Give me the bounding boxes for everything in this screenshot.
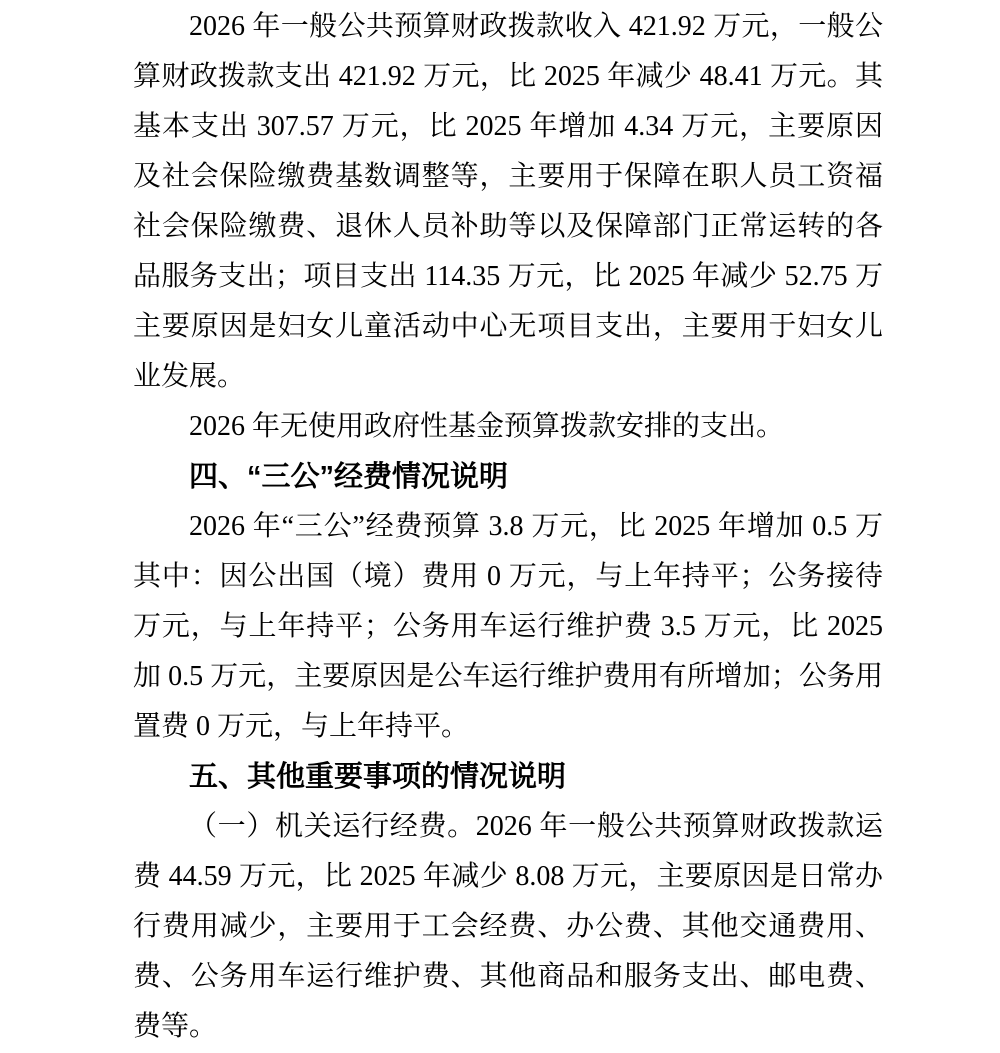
heading-line: 五、其他重要事项的情况说明 (133, 752, 883, 802)
text-line: 业发展。 (133, 352, 883, 402)
text-line: 费等。 (133, 1002, 883, 1052)
heading-section-five: 五、其他重要事项的情况说明 (133, 752, 883, 802)
text-line: 加 0.5 万元，主要原因是公车运行维护费用有所增加；公务用车购 (133, 652, 883, 702)
text-line: 品服务支出；项目支出 114.35 万元，比 2025 年减少 52.75 万元… (133, 252, 883, 302)
text-line: 基本支出 307.57 万元，比 2025 年增加 4.34 万元，主要原因是工… (133, 102, 883, 152)
text-line: 2026 年一般公共预算财政拨款收入 421.92 万元，一般公共预 (133, 2, 883, 52)
text-line: （一）机关运行经费。2026 年一般公共预算财政拨款运行经 (133, 802, 883, 852)
para-general-public-budget: 2026 年一般公共预算财政拨款收入 421.92 万元，一般公共预算财政拨款支… (133, 2, 883, 402)
document-page: 2026 年一般公共预算财政拨款收入 421.92 万元，一般公共预算财政拨款支… (0, 0, 1000, 1053)
text-line: 行费用减少，主要用于工会经费、办公费、其他交通费用、劳务 (133, 902, 883, 952)
text-line: 其中：因公出国（境）费用 0 万元，与上年持平；公务接待费 0.3 (133, 552, 883, 602)
text-line: 2026 年无使用政府性基金预算拨款安排的支出。 (133, 402, 883, 452)
para-three-public-expenses: 2026 年“三公”经费预算 3.8 万元，比 2025 年增加 0.5 万元。… (133, 502, 883, 752)
text-line: 费、公务用车运行维护费、其他商品和服务支出、邮电费、培训 (133, 952, 883, 1002)
text-line: 2026 年“三公”经费预算 3.8 万元，比 2025 年增加 0.5 万元。 (133, 502, 883, 552)
document-body: 2026 年一般公共预算财政拨款收入 421.92 万元，一般公共预算财政拨款支… (0, 0, 1000, 1052)
text-line: 及社会保险缴费基数调整等，主要用于保障在职人员工资福利及 (133, 152, 883, 202)
para-agency-operating-expenses: （一）机关运行经费。2026 年一般公共预算财政拨款运行经费 44.59 万元，… (133, 802, 883, 1052)
text-line: 算财政拨款支出 421.92 万元，比 2025 年减少 48.41 万元。其中… (133, 52, 883, 102)
para-government-fund: 2026 年无使用政府性基金预算拨款安排的支出。 (133, 402, 883, 452)
text-line: 万元，与上年持平；公务用车运行维护费 3.5 万元，比 2025 年增 (133, 602, 883, 652)
heading-section-four: 四、“三公”经费情况说明 (133, 452, 883, 502)
text-line: 费 44.59 万元，比 2025 年减少 8.08 万元，主要原因是日常办公运 (133, 852, 883, 902)
heading-line: 四、“三公”经费情况说明 (133, 452, 883, 502)
text-line: 置费 0 万元，与上年持平。 (133, 702, 883, 752)
text-line: 社会保险缴费、退休人员补助等以及保障部门正常运转的各项商 (133, 202, 883, 252)
text-line: 主要原因是妇女儿童活动中心无项目支出，主要用于妇女儿童事 (133, 302, 883, 352)
